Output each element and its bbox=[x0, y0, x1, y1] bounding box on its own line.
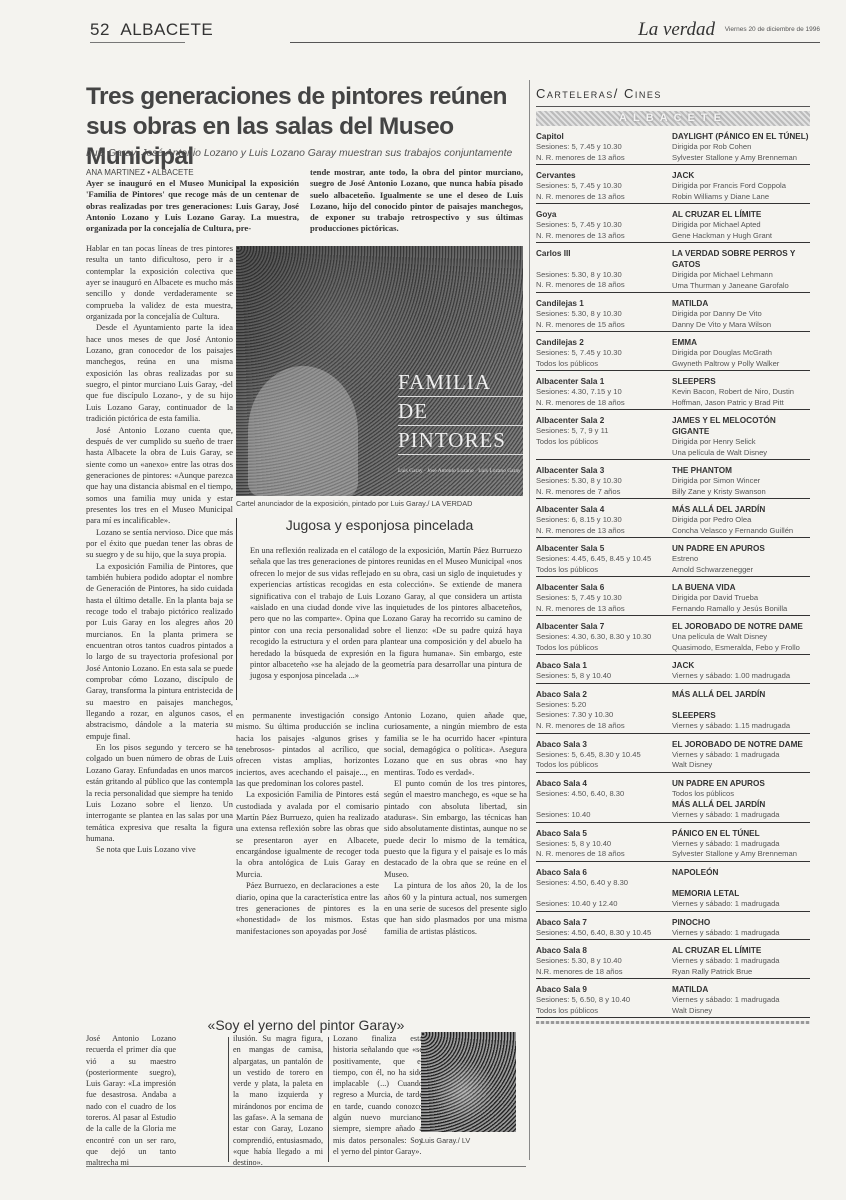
sidebar-text: En una reflexión realizada en el catálog… bbox=[250, 545, 522, 682]
session-info: Sesiones: 5.30, 8 y 10.30 bbox=[536, 309, 672, 320]
interview-column-3: Lozano finaliza esta historia señalando … bbox=[333, 1033, 423, 1157]
paragraph: en permanente investigación consigo mism… bbox=[236, 710, 379, 789]
poster-title: FAMILIA DE PINTORES bbox=[398, 368, 523, 455]
cinema-listing: Albacenter Sala 1Sesiones: 4.30, 7.15 y … bbox=[536, 371, 810, 410]
film-detail bbox=[672, 878, 810, 889]
cinema-name: Albacenter Sala 3 bbox=[536, 465, 672, 476]
session-info: N. R. menores de 13 años bbox=[536, 192, 672, 203]
film-detail: Billy Zane y Kristy Swanson bbox=[672, 487, 810, 498]
cinema-listing: Abaco Sala 3Sesiones: 5, 6.45, 8.30 y 10… bbox=[536, 734, 810, 773]
session-info: Sesiones: 5.30, 8 y 10.40 bbox=[536, 956, 672, 967]
film-detail: Walt Disney bbox=[672, 760, 810, 771]
film-detail: Robin Williams y Diane Lane bbox=[672, 192, 810, 203]
newspaper-name: La verdad bbox=[638, 19, 715, 41]
film-detail: Viernes y sábado: 1 madrugada bbox=[672, 750, 810, 761]
paragraph: La pintura de los años 20, la de los año… bbox=[384, 880, 527, 937]
session-info: N. R. menores de 7 años bbox=[536, 487, 672, 498]
film-detail: Dirigida por Henry Selick bbox=[672, 437, 810, 448]
film-info: PINOCHOViernes y sábado: 1 madrugada bbox=[672, 917, 810, 939]
film-title: EMMA bbox=[672, 337, 810, 348]
film-detail: Todos los públicos bbox=[672, 789, 810, 800]
session-info: Sesiones: 4.50, 6.40, 8.30 bbox=[536, 789, 672, 800]
session-info: Sesiones: 10.40 bbox=[536, 810, 672, 821]
page-number: 52 bbox=[90, 20, 110, 39]
film-detail: Viernes y sábado: 1.00 madrugada bbox=[672, 671, 810, 682]
film-title: JAMES Y EL MELOCOTÓN GIGANTE bbox=[672, 415, 810, 437]
interview-headline: «Soy el yerno del pintor Garay» bbox=[86, 1017, 526, 1033]
film-info: EL JOROBADO DE NOTRE DAMEViernes y sábad… bbox=[672, 739, 810, 771]
session-info: Sesiones: 4.50, 6.40 y 8.30 bbox=[536, 878, 672, 889]
session-info: N. R. menores de 13 años bbox=[536, 604, 672, 615]
film-info: AL CRUZAR EL LÍMITEDirigida por Michael … bbox=[672, 209, 810, 241]
film-detail: Viernes y sábado: 1 madrugada bbox=[672, 956, 810, 967]
cinema-listing: Albacenter Sala 4Sesiones: 6, 8.15 y 10.… bbox=[536, 499, 810, 538]
session-info: N. R. menores de 18 años bbox=[536, 849, 672, 860]
film-title: EL JOROBADO DE NOTRE DAME bbox=[672, 739, 810, 750]
cinema-info: Carlos IIISesiones: 5.30, 8 y 10.30N. R.… bbox=[536, 248, 672, 291]
film-detail: Kevin Bacon, Robert de Niro, Dustin bbox=[672, 387, 810, 398]
cinema-name: Abaco Sala 1 bbox=[536, 660, 672, 671]
cinema-listing: Carlos IIISesiones: 5.30, 8 y 10.30N. R.… bbox=[536, 243, 810, 293]
session-info: Sesiones: 4.45, 6.45, 8.45 y 10.45 bbox=[536, 554, 672, 565]
session-info: Sesiones: 5, 7.45 y 10.30 bbox=[536, 593, 672, 604]
cinema-listing: GoyaSesiones: 5, 7.45 y 10.30N. R. menor… bbox=[536, 204, 810, 243]
film-title: EL JOROBADO DE NOTRE DAME bbox=[672, 621, 810, 632]
article-subhead: Luis Garay, José Antonio Lozano y Luis L… bbox=[86, 148, 531, 159]
cinema-info: Abaco Sala 8Sesiones: 5.30, 8 y 10.40N.R… bbox=[536, 945, 672, 977]
session-info: Sesiones: 4.30, 7.15 y 10 bbox=[536, 387, 672, 398]
film-detail: Dirigida por Pedro Olea bbox=[672, 515, 810, 526]
paragraph: En los pisos segundo y tercero se ha col… bbox=[86, 742, 233, 844]
cinema-name: Albacenter Sala 1 bbox=[536, 376, 672, 387]
listings-end-rule bbox=[536, 1021, 810, 1024]
film-info: DAYLIGHT (PÁNICO EN EL TÚNEL)Dirigida po… bbox=[672, 131, 810, 163]
session-info: Sesiones: 5, 7.45 y 10.30 bbox=[536, 348, 672, 359]
film-title: MÁS ALLÁ DEL JARDÍN bbox=[672, 689, 810, 700]
session-info: N.R. menores de 18 años bbox=[536, 967, 672, 978]
film-info: MÁS ALLÁ DEL JARDÍNDirigida por Pedro Ol… bbox=[672, 504, 810, 536]
cinema-info: Abaco Sala 7Sesiones: 4.50, 6.40, 8.30 y… bbox=[536, 917, 672, 939]
film-detail: Viernes y sábado: 1 madrugada bbox=[672, 810, 810, 821]
film-detail: Viernes y sábado: 1.15 madrugada bbox=[672, 721, 810, 732]
cinema-info: Albacenter Sala 4Sesiones: 6, 8.15 y 10.… bbox=[536, 504, 672, 536]
section-name: ALBACETE bbox=[120, 20, 213, 39]
film-detail: Uma Thurman y Janeane Garofalo bbox=[672, 281, 810, 292]
poster-title-line: PINTORES bbox=[398, 426, 523, 455]
session-info: Sesiones: 5, 7.45 y 10.30 bbox=[536, 181, 672, 192]
luis-garay-portrait bbox=[421, 1032, 516, 1132]
film-title: SLEEPERS bbox=[672, 376, 810, 387]
footer-rule bbox=[86, 1166, 526, 1167]
film-info: MATILDAViernes y sábado: 1 madrugadaWalt… bbox=[672, 984, 810, 1016]
film-detail: Quasimodo, Esmeralda, Febo y Frollo bbox=[672, 643, 810, 654]
film-title: JACK bbox=[672, 660, 810, 671]
cinema-info: Abaco Sala 6Sesiones: 4.50, 6.40 y 8.30S… bbox=[536, 867, 672, 910]
film-title: THE PHANTOM bbox=[672, 465, 810, 476]
column-rule bbox=[228, 1037, 229, 1162]
page-section-label: 52 ALBACETE bbox=[90, 20, 213, 40]
cinema-info: Abaco Sala 2Sesiones: 5.20Sesiones: 7.30… bbox=[536, 689, 672, 732]
film-detail: Gene Hackman y Hugh Grant bbox=[672, 231, 810, 242]
cinema-listing: Abaco Sala 9Sesiones: 5, 6.50, 8 y 10.40… bbox=[536, 979, 810, 1018]
film-detail: Ryan Rally Patrick Brue bbox=[672, 967, 810, 978]
film-info: EMMADirigida por Douglas McGrathGwyneth … bbox=[672, 337, 810, 369]
cinema-info: Abaco Sala 5Sesiones: 5, 8 y 10.40N. R. … bbox=[536, 828, 672, 860]
article-column-1: Hablar en tan pocas líneas de tres pinto… bbox=[86, 243, 233, 856]
session-info: Sesiones: 5.20 bbox=[536, 700, 672, 711]
film-title: PÁNICO EN EL TÚNEL bbox=[672, 828, 810, 839]
cinema-listing: Abaco Sala 6Sesiones: 4.50, 6.40 y 8.30S… bbox=[536, 862, 810, 912]
listings-title: Carteleras/ Cines bbox=[536, 86, 810, 107]
film-info: AL CRUZAR EL LÍMITEViernes y sábado: 1 m… bbox=[672, 945, 810, 977]
paragraph: Lozano se sentía nervioso. Dice que más … bbox=[86, 527, 233, 561]
session-info: N. R. menores de 15 años bbox=[536, 320, 672, 331]
cinema-name: Albacenter Sala 4 bbox=[536, 504, 672, 515]
article-column-2: en permanente investigación consigo mism… bbox=[236, 710, 379, 937]
sidebar-rule bbox=[236, 518, 237, 700]
sidebar-headline: Jugosa y esponjosa pincelada bbox=[236, 517, 523, 533]
film-detail: Estreno bbox=[672, 554, 810, 565]
session-info bbox=[536, 888, 672, 899]
interview-column-2: ilusión. Su magra figura, en mangas de c… bbox=[233, 1033, 323, 1169]
paragraph: José Antonio Lozano cuenta que, después … bbox=[86, 425, 233, 527]
article-byline: ANA MARTINEZ • ALBACETE bbox=[86, 168, 194, 177]
film-detail: Dirigida por Simon Wincer bbox=[672, 476, 810, 487]
cinema-info: GoyaSesiones: 5, 7.45 y 10.30N. R. menor… bbox=[536, 209, 672, 241]
cinema-name: Carlos III bbox=[536, 248, 672, 259]
paragraph: La exposición Familia de Pintores, que t… bbox=[86, 561, 233, 743]
cinema-listings: Carteleras/ Cines ALBACETE CapitolSesion… bbox=[536, 86, 810, 1024]
cinema-info: Albacenter Sala 6Sesiones: 5, 7.45 y 10.… bbox=[536, 582, 672, 614]
film-info: NAPOLEÓNMEMORIA LETALViernes y sábado: 1… bbox=[672, 867, 810, 910]
interview-column-1: José Antonio Lozano recuerda el primer d… bbox=[86, 1033, 176, 1169]
film-detail: Viernes y sábado: 1 madrugada bbox=[672, 899, 810, 910]
photo-figure bbox=[248, 366, 358, 496]
paragraph: Se nota que Luis Lozano vive bbox=[86, 844, 233, 855]
cinema-info: CervantesSesiones: 5, 7.45 y 10.30N. R. … bbox=[536, 170, 672, 202]
cinema-name: Candilejas 2 bbox=[536, 337, 672, 348]
film-info: MATILDADirigida por Danny De VitoDanny D… bbox=[672, 298, 810, 330]
cinema-name: Abaco Sala 9 bbox=[536, 984, 672, 995]
header-rule bbox=[90, 42, 185, 43]
cinema-name: Candilejas 1 bbox=[536, 298, 672, 309]
cinema-info: Albacenter Sala 1Sesiones: 4.30, 7.15 y … bbox=[536, 376, 672, 408]
cinema-info: Albacenter Sala 7Sesiones: 4.30, 6.30, 8… bbox=[536, 621, 672, 653]
cinema-listing: Candilejas 2Sesiones: 5, 7.45 y 10.30Tod… bbox=[536, 332, 810, 371]
session-info bbox=[536, 799, 672, 810]
cinema-info: Albacenter Sala 5Sesiones: 4.45, 6.45, 8… bbox=[536, 543, 672, 575]
film-title: MATILDA bbox=[672, 984, 810, 995]
film-info: LA VERDAD SOBRE PERROS Y GATOSDirigida p… bbox=[672, 248, 810, 291]
session-info: N. R. menores de 18 años bbox=[536, 398, 672, 409]
column-divider bbox=[529, 80, 530, 1160]
film-detail: Sylvester Stallone y Amy Brenneman bbox=[672, 153, 810, 164]
film-title: MATILDA bbox=[672, 298, 810, 309]
film-info: EL JOROBADO DE NOTRE DAMEUna película de… bbox=[672, 621, 810, 653]
cinema-name: Albacenter Sala 2 bbox=[536, 415, 672, 426]
session-info: Sesiones: 4.50, 6.40, 8.30 y 10.45 bbox=[536, 928, 672, 939]
film-title: MEMORIA LETAL bbox=[672, 888, 810, 899]
cinema-name: Abaco Sala 8 bbox=[536, 945, 672, 956]
cinema-name: Capitol bbox=[536, 131, 672, 142]
cinema-listing: Abaco Sala 4Sesiones: 4.50, 6.40, 8.30Se… bbox=[536, 773, 810, 823]
film-title: SLEEPERS bbox=[672, 710, 810, 721]
cinema-name: Abaco Sala 2 bbox=[536, 689, 672, 700]
film-detail: Viernes y sábado: 1 madrugada bbox=[672, 839, 810, 850]
cinema-info: Abaco Sala 9Sesiones: 5, 6.50, 8 y 10.40… bbox=[536, 984, 672, 1016]
film-info: JAMES Y EL MELOCOTÓN GIGANTEDirigida por… bbox=[672, 415, 810, 458]
cinema-listing: Abaco Sala 1Sesiones: 5, 8 y 10.40JACKVi… bbox=[536, 655, 810, 684]
film-title: PINOCHO bbox=[672, 917, 810, 928]
cinema-listing: Abaco Sala 5Sesiones: 5, 8 y 10.40N. R. … bbox=[536, 823, 810, 862]
cinema-name: Abaco Sala 5 bbox=[536, 828, 672, 839]
masthead: 52 ALBACETE La verdad Viernes 20 de dici… bbox=[90, 20, 820, 40]
cinema-name: Albacenter Sala 5 bbox=[536, 543, 672, 554]
cinema-name: Albacenter Sala 7 bbox=[536, 621, 672, 632]
session-info: Todos los públicos bbox=[536, 760, 672, 771]
cinema-info: Albacenter Sala 3Sesiones: 5.30, 8 y 10.… bbox=[536, 465, 672, 497]
session-info: Sesiones: 7.30 y 10.30 bbox=[536, 710, 672, 721]
header-rule bbox=[290, 42, 820, 43]
film-detail: Una película de Walt Disney bbox=[672, 448, 810, 459]
cinema-listing: Albacenter Sala 6Sesiones: 5, 7.45 y 10.… bbox=[536, 577, 810, 616]
article-column-3: Antonio Lozano, quien añade que, curiosa… bbox=[384, 710, 527, 937]
photo-caption: Cartel anunciador de la exposición, pint… bbox=[236, 499, 472, 508]
film-detail: Viernes y sábado: 1 madrugada bbox=[672, 995, 810, 1006]
issue-date: Viernes 20 de diciembre de 1996 bbox=[725, 26, 820, 33]
session-info: Sesiones: 5, 6.50, 8 y 10.40 bbox=[536, 995, 672, 1006]
session-info bbox=[536, 259, 672, 270]
cinema-name: Abaco Sala 7 bbox=[536, 917, 672, 928]
poster-title-line: DE bbox=[398, 397, 523, 426]
cinema-list: CapitolSesiones: 5, 7.45 y 10.30N. R. me… bbox=[536, 126, 810, 1018]
film-detail: Fernando Ramallo y Jesús Bonilla bbox=[672, 604, 810, 615]
cinema-name: Cervantes bbox=[536, 170, 672, 181]
session-info: Sesiones: 5, 7, 9 y 11 bbox=[536, 426, 672, 437]
film-info: THE PHANTOMDirigida por Simon WincerBill… bbox=[672, 465, 810, 497]
film-detail: Arnold Schwarzenegger bbox=[672, 565, 810, 576]
session-info: Todos los públicos bbox=[536, 359, 672, 370]
paragraph: Antonio Lozano, quien añade que, curiosa… bbox=[384, 710, 527, 778]
cinema-listing: Albacenter Sala 2Sesiones: 5, 7, 9 y 11T… bbox=[536, 410, 810, 460]
cinema-listing: Candilejas 1Sesiones: 5.30, 8 y 10.30N. … bbox=[536, 293, 810, 332]
session-info: N. R. menores de 18 años bbox=[536, 721, 672, 732]
listings-city-banner: ALBACETE bbox=[536, 111, 810, 126]
film-detail: Danny De Vito y Mara Wilson bbox=[672, 320, 810, 331]
paragraph: Hablar en tan pocas líneas de tres pinto… bbox=[86, 243, 233, 322]
film-info: PÁNICO EN EL TÚNELViernes y sábado: 1 ma… bbox=[672, 828, 810, 860]
cinema-name: Abaco Sala 4 bbox=[536, 778, 672, 789]
cinema-listing: Albacenter Sala 7Sesiones: 4.30, 6.30, 8… bbox=[536, 616, 810, 655]
cinema-listing: Abaco Sala 2Sesiones: 5.20Sesiones: 7.30… bbox=[536, 684, 810, 734]
film-title: UN PADRE EN APUROS bbox=[672, 778, 810, 789]
session-info: N. R. menores de 13 años bbox=[536, 526, 672, 537]
cinema-listing: CervantesSesiones: 5, 7.45 y 10.30N. R. … bbox=[536, 165, 810, 204]
film-detail: Viernes y sábado: 1 madrugada bbox=[672, 928, 810, 939]
session-info: Sesiones: 6, 8.15 y 10.30 bbox=[536, 515, 672, 526]
paragraph: Páez Burruezo, en declaraciones a este d… bbox=[236, 880, 379, 937]
film-title: AL CRUZAR EL LÍMITE bbox=[672, 209, 810, 220]
film-detail: Walt Disney bbox=[672, 1006, 810, 1017]
cinema-info: Candilejas 1Sesiones: 5.30, 8 y 10.30N. … bbox=[536, 298, 672, 330]
paragraph: Desde el Ayuntamiento parte la idea hace… bbox=[86, 322, 233, 424]
cinema-name: Abaco Sala 3 bbox=[536, 739, 672, 750]
cinema-listing: Albacenter Sala 5Sesiones: 4.45, 6.45, 8… bbox=[536, 538, 810, 577]
cinema-listing: Abaco Sala 8Sesiones: 5.30, 8 y 10.40N.R… bbox=[536, 940, 810, 979]
cinema-name: Abaco Sala 6 bbox=[536, 867, 672, 878]
session-info: Todos los públicos bbox=[536, 643, 672, 654]
film-detail: Gwyneth Paltrow y Polly Walker bbox=[672, 359, 810, 370]
article-lede-left: Ayer se inauguró en el Museo Municipal l… bbox=[86, 178, 299, 234]
film-detail: Dirigida por Danny De Vito bbox=[672, 309, 810, 320]
film-title: UN PADRE EN APUROS bbox=[672, 543, 810, 554]
film-detail: Dirigida por Douglas McGrath bbox=[672, 348, 810, 359]
session-info: Sesiones: 5, 6.45, 8.30 y 10.45 bbox=[536, 750, 672, 761]
session-info: Sesiones: 5.30, 8 y 10.30 bbox=[536, 270, 672, 281]
film-title: JACK bbox=[672, 170, 810, 181]
film-title: MÁS ALLÁ DEL JARDÍN bbox=[672, 504, 810, 515]
session-info: N. R. menores de 13 años bbox=[536, 153, 672, 164]
poster-subtitle: Luis Garay · José Antonio Lozano · Luis … bbox=[398, 468, 521, 474]
session-info: Sesiones: 5, 8 y 10.40 bbox=[536, 671, 672, 682]
column-rule bbox=[328, 1037, 329, 1162]
paragraph: La exposición Familia de Pintores está c… bbox=[236, 789, 379, 880]
cinema-info: CapitolSesiones: 5, 7.45 y 10.30N. R. me… bbox=[536, 131, 672, 163]
film-detail: Dirigida por Rob Cohen bbox=[672, 142, 810, 153]
cinema-info: Abaco Sala 4Sesiones: 4.50, 6.40, 8.30Se… bbox=[536, 778, 672, 821]
film-detail: Hoffman, Jason Patric y Brad Pitt bbox=[672, 398, 810, 409]
session-info: Sesiones: 4.30, 6.30, 8.30 y 10.30 bbox=[536, 632, 672, 643]
session-info: N. R. menores de 13 años bbox=[536, 231, 672, 242]
cinema-listing: Albacenter Sala 3Sesiones: 5.30, 8 y 10.… bbox=[536, 460, 810, 499]
cinema-info: Albacenter Sala 2Sesiones: 5, 7, 9 y 11T… bbox=[536, 415, 672, 458]
film-detail: Dirigida por David Trueba bbox=[672, 593, 810, 604]
poster-title-line: FAMILIA bbox=[398, 368, 523, 397]
session-info: Todos los públicos bbox=[536, 565, 672, 576]
cinema-info: Candilejas 2Sesiones: 5, 7.45 y 10.30Tod… bbox=[536, 337, 672, 369]
film-detail: Una película de Walt Disney bbox=[672, 632, 810, 643]
session-info: Sesiones: 5, 7.45 y 10.30 bbox=[536, 142, 672, 153]
session-info: Sesiones: 5.30, 8 y 10.30 bbox=[536, 476, 672, 487]
session-info: Todos los públicos bbox=[536, 1006, 672, 1017]
film-info: SLEEPERSKevin Bacon, Robert de Niro, Dus… bbox=[672, 376, 810, 408]
cinema-listing: CapitolSesiones: 5, 7.45 y 10.30N. R. me… bbox=[536, 126, 810, 165]
film-detail: Dirigida por Francis Ford Coppola bbox=[672, 181, 810, 192]
session-info: Sesiones: 5, 8 y 10.40 bbox=[536, 839, 672, 850]
exhibition-poster-photo: FAMILIA DE PINTORES Luis Garay · José An… bbox=[236, 246, 523, 496]
session-info: Sesiones: 10.40 y 12.40 bbox=[536, 899, 672, 910]
session-info: Sesiones: 5, 7.45 y 10.30 bbox=[536, 220, 672, 231]
article-lede-right: tende mostrar, ante todo, la obra del pi… bbox=[310, 167, 523, 235]
film-info: MÁS ALLÁ DEL JARDÍNSLEEPERSViernes y sáb… bbox=[672, 689, 810, 732]
film-detail: Dirigida por Michael Apted bbox=[672, 220, 810, 231]
film-title: LA BUENA VIDA bbox=[672, 582, 810, 593]
film-detail: Dirigida por Michael Lehmann bbox=[672, 270, 810, 281]
film-detail: Concha Velasco y Fernando Guillén bbox=[672, 526, 810, 537]
cinema-name: Goya bbox=[536, 209, 672, 220]
cinema-info: Abaco Sala 3Sesiones: 5, 6.45, 8.30 y 10… bbox=[536, 739, 672, 771]
portrait-caption: Luis Garay./ LV bbox=[421, 1136, 470, 1145]
film-info: UN PADRE EN APUROSTodos los públicosMÁS … bbox=[672, 778, 810, 821]
film-title: DAYLIGHT (PÁNICO EN EL TÚNEL) bbox=[672, 131, 810, 142]
film-title: MÁS ALLÁ DEL JARDÍN bbox=[672, 799, 810, 810]
film-info: LA BUENA VIDADirigida por David TruebaFe… bbox=[672, 582, 810, 614]
film-detail: Sylvester Stallone y Amy Brenneman bbox=[672, 849, 810, 860]
film-title: NAPOLEÓN bbox=[672, 867, 810, 878]
film-info: JACKViernes y sábado: 1.00 madrugada bbox=[672, 660, 810, 682]
film-detail bbox=[672, 700, 810, 711]
session-info: N. R. menores de 18 años bbox=[536, 280, 672, 291]
paragraph: El punto común de los tres pintores, seg… bbox=[384, 778, 527, 880]
cinema-info: Abaco Sala 1Sesiones: 5, 8 y 10.40 bbox=[536, 660, 672, 682]
session-info: Todos los públicos bbox=[536, 437, 672, 448]
film-title: AL CRUZAR EL LÍMITE bbox=[672, 945, 810, 956]
film-title: LA VERDAD SOBRE PERROS Y GATOS bbox=[672, 248, 810, 270]
cinema-name: Albacenter Sala 6 bbox=[536, 582, 672, 593]
film-info: UN PADRE EN APUROSEstrenoArnold Schwarze… bbox=[672, 543, 810, 575]
film-info: JACKDirigida por Francis Ford CoppolaRob… bbox=[672, 170, 810, 202]
cinema-listing: Abaco Sala 7Sesiones: 4.50, 6.40, 8.30 y… bbox=[536, 912, 810, 941]
